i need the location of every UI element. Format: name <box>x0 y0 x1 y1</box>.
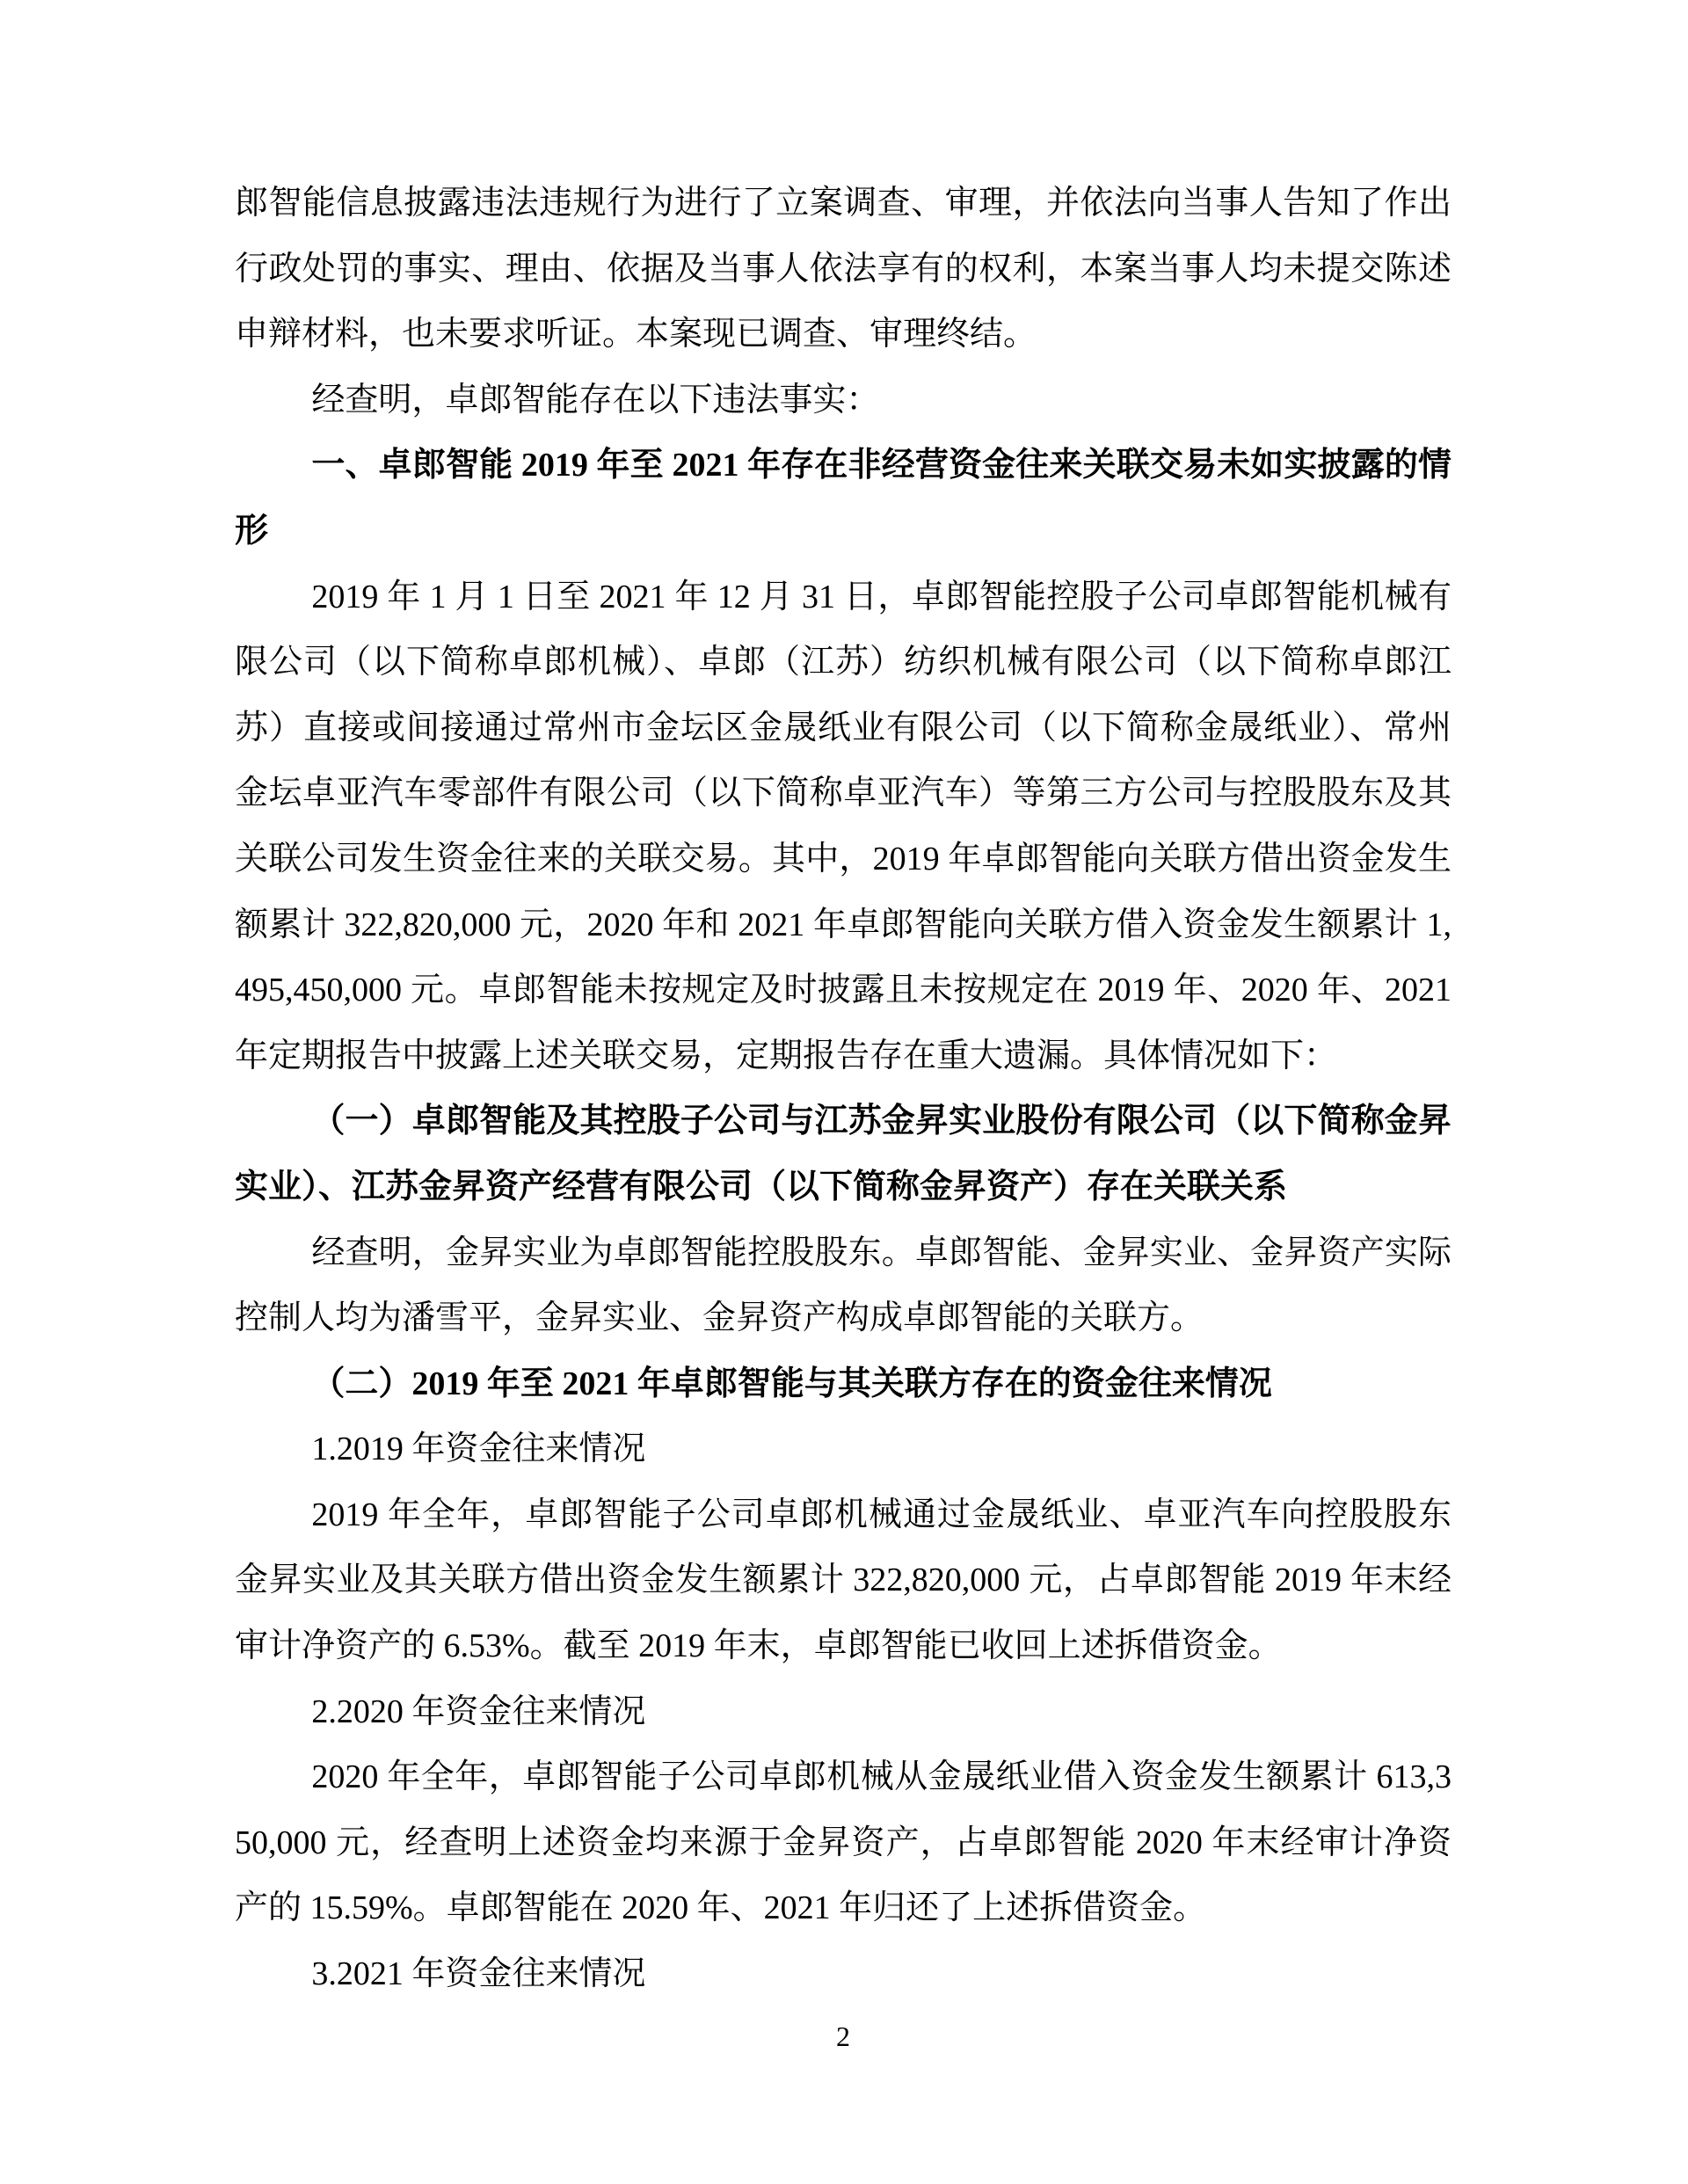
heading-paragraph: 一、卓郎智能 2019 年至 2021 年存在非经营资金往来关联交易未如实披露的… <box>235 433 1452 564</box>
body-paragraph: 2019 年 1 月 1 日至 2021 年 12 月 31 日，卓郎智能控股子… <box>235 564 1452 1089</box>
page-number: 2 <box>836 2020 850 2052</box>
body-paragraph: 1.2019 年资金往来情况 <box>235 1416 1452 1482</box>
body-paragraph: 2019 年全年，卓郎智能子公司卓郎机械通过金晟纸业、卓亚汽车向控股股东金昇实业… <box>235 1482 1452 1679</box>
page-footer: 2 <box>235 2019 1452 2054</box>
body-paragraph: 经查明，金昇实业为卓郎智能控股股东。卓郎智能、金昇实业、金昇资产实际控制人均为潘… <box>235 1220 1452 1351</box>
body-paragraph: 3.2021 年资金往来情况 <box>235 1941 1452 2007</box>
body-paragraph: 2.2020 年资金往来情况 <box>235 1679 1452 1745</box>
heading-paragraph: （一）卓郎智能及其控股子公司与江苏金昇实业股份有限公司（以下简称金昇实业）、江苏… <box>235 1088 1452 1219</box>
body-paragraph: 经查明，卓郎智能存在以下违法事实： <box>235 368 1452 433</box>
document-page: 郎智能信息披露违法违规行为进行了立案调查、审理，并依法向当事人告知了作出行政处罚… <box>0 0 1688 2184</box>
document-body: 郎智能信息披露违法违规行为进行了立案调查、审理，并依法向当事人告知了作出行政处罚… <box>235 171 1452 2007</box>
heading-paragraph: （二）2019 年至 2021 年卓郎智能与其关联方存在的资金往来情况 <box>235 1351 1452 1417</box>
body-paragraph: 郎智能信息披露违法违规行为进行了立案调查、审理，并依法向当事人告知了作出行政处罚… <box>235 171 1452 368</box>
body-paragraph: 2020 年全年，卓郎智能子公司卓郎机械从金晟纸业借入资金发生额累计 613,3… <box>235 1744 1452 1941</box>
